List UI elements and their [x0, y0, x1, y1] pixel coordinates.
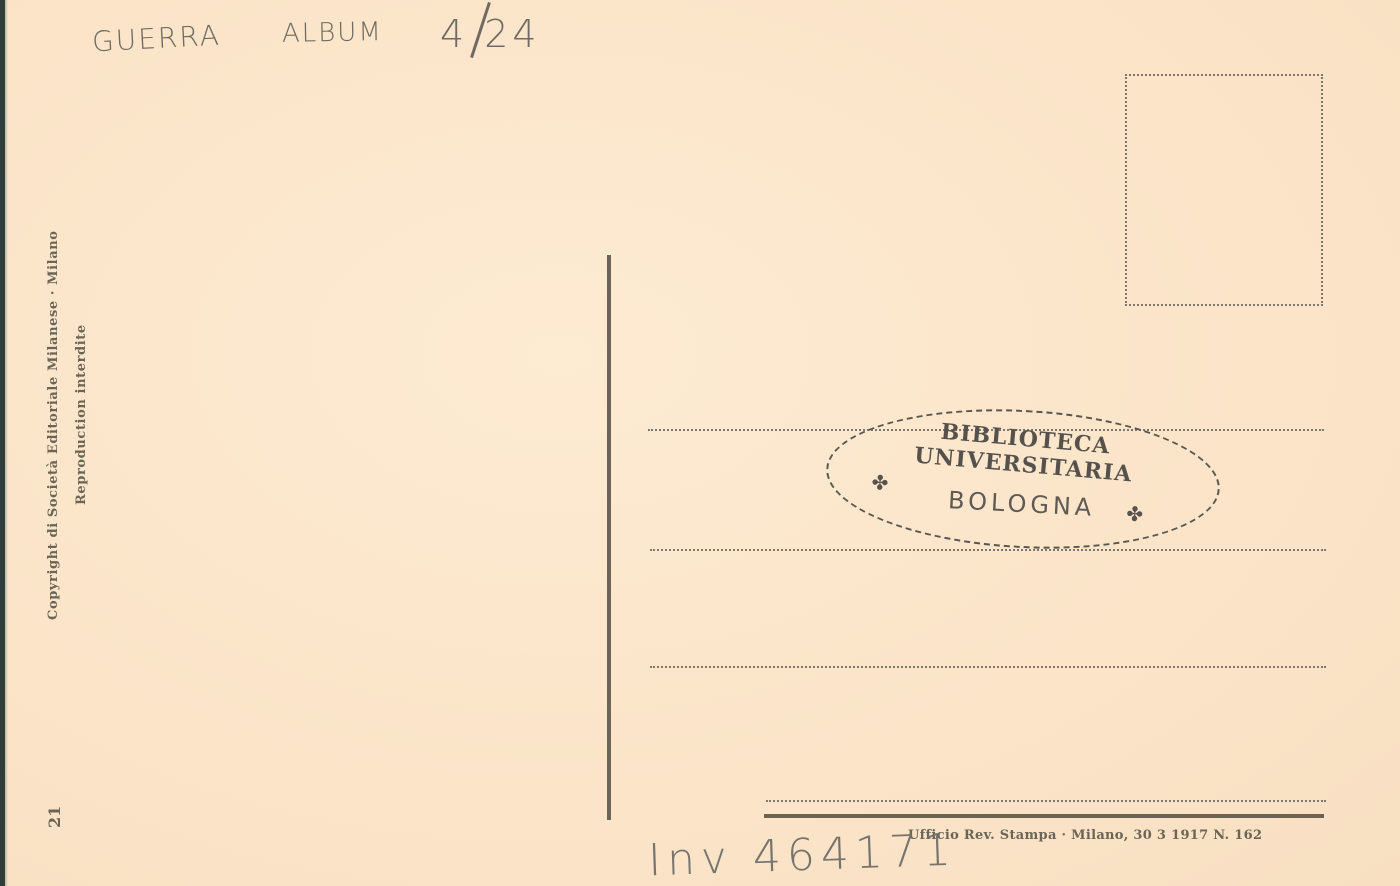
- reproduction-notice: Reproduction interdite: [74, 324, 89, 505]
- handwritten-album-number: 4 24: [440, 12, 541, 56]
- censor-office-note: Ufficio Rev. Stampa · Milano, 30 3 1917 …: [908, 828, 1262, 843]
- handwritten-guerra: GUERRA: [91, 19, 221, 59]
- address-line-3: [650, 666, 1326, 668]
- copyright-text: Copyright di Società Editoriale Milanese…: [46, 230, 61, 620]
- handwritten-album: ALBUM: [282, 17, 383, 49]
- card-number: 21: [45, 806, 64, 828]
- center-divider: [607, 255, 611, 820]
- address-line-4: [766, 800, 1326, 802]
- library-ownership-stamp: BIBLIOTECA UNIVERSITARIA ✤ BOLOGNA ✤: [823, 400, 1224, 558]
- bottom-rule: [764, 814, 1324, 818]
- address-line-2: [650, 549, 1326, 551]
- postcard-back: GUERRA ALBUM 4 24 Copyright di Società E…: [0, 0, 1400, 886]
- postage-stamp-box: [1125, 74, 1323, 306]
- flower-ornament-icon: ✤: [1126, 501, 1144, 526]
- scan-edge-shadow: [5, 0, 8, 886]
- handwritten-inventory-number: Inv 464171: [647, 825, 957, 886]
